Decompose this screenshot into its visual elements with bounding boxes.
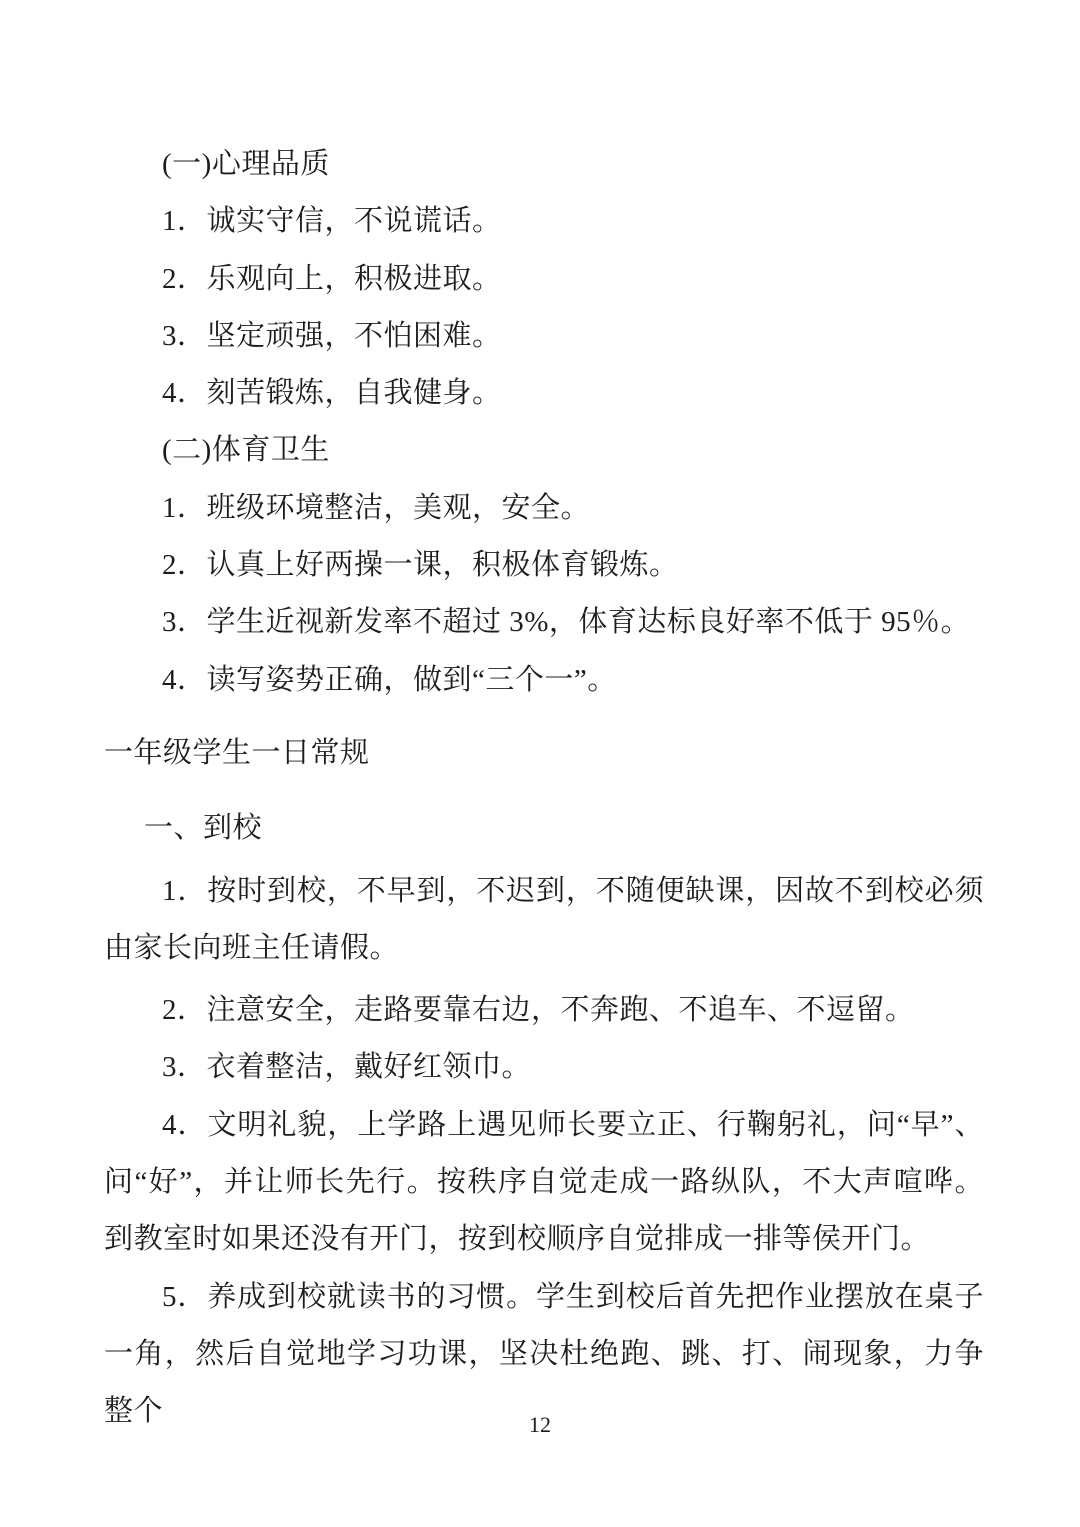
psych-item-4: 4．刻苦锻炼，自我健身。: [104, 365, 984, 422]
psych-item-3: 3．坚定顽强，不怕困难。: [104, 308, 984, 365]
arrival-item-4: 4．文明礼貌，上学路上遇见师长要立正、行鞠躬礼，问“早”、问“好”，并让师长先行…: [104, 1097, 984, 1269]
sport-item-3: 3．学生近视新发率不超过 3%，体育达标良好率不低于 95％。: [104, 594, 984, 651]
psych-item-1: 1．诚实守信，不说谎话。: [104, 193, 984, 250]
arrival-item-1: 1．按时到校，不早到，不迟到，不随便缺课，因故不到校必须由家长向班主任请假。: [104, 863, 984, 978]
arrival-section-heading: 一、到校: [104, 800, 984, 857]
sport-item-2: 2．认真上好两操一课，积极体育锻炼。: [104, 537, 984, 594]
arrival-item-2: 2．注意安全，走路要靠右边，不奔跑、不追车、不逗留。: [104, 982, 984, 1039]
document-page: (一)心理品质 1．诚实守信，不说谎话。 2．乐观向上，积极进取。 3．坚定顽强…: [0, 0, 1080, 1527]
psych-section-heading: (一)心理品质: [104, 136, 984, 193]
page-number: 12: [0, 1412, 1080, 1438]
document-body: (一)心理品质 1．诚实守信，不说谎话。 2．乐观向上，积极进取。 3．坚定顽强…: [104, 136, 984, 1441]
arrival-item-3: 3．衣着整洁，戴好红领巾。: [104, 1039, 984, 1096]
sport-section-heading: (二)体育卫生: [104, 422, 984, 479]
sport-item-1: 1．班级环境整洁，美观，安全。: [104, 480, 984, 537]
daily-routine-title: 一年级学生一日常规: [104, 725, 984, 782]
psych-item-2: 2．乐观向上，积极进取。: [104, 251, 984, 308]
sport-item-4: 4．读写姿势正确，做到“三个一”。: [104, 652, 984, 709]
